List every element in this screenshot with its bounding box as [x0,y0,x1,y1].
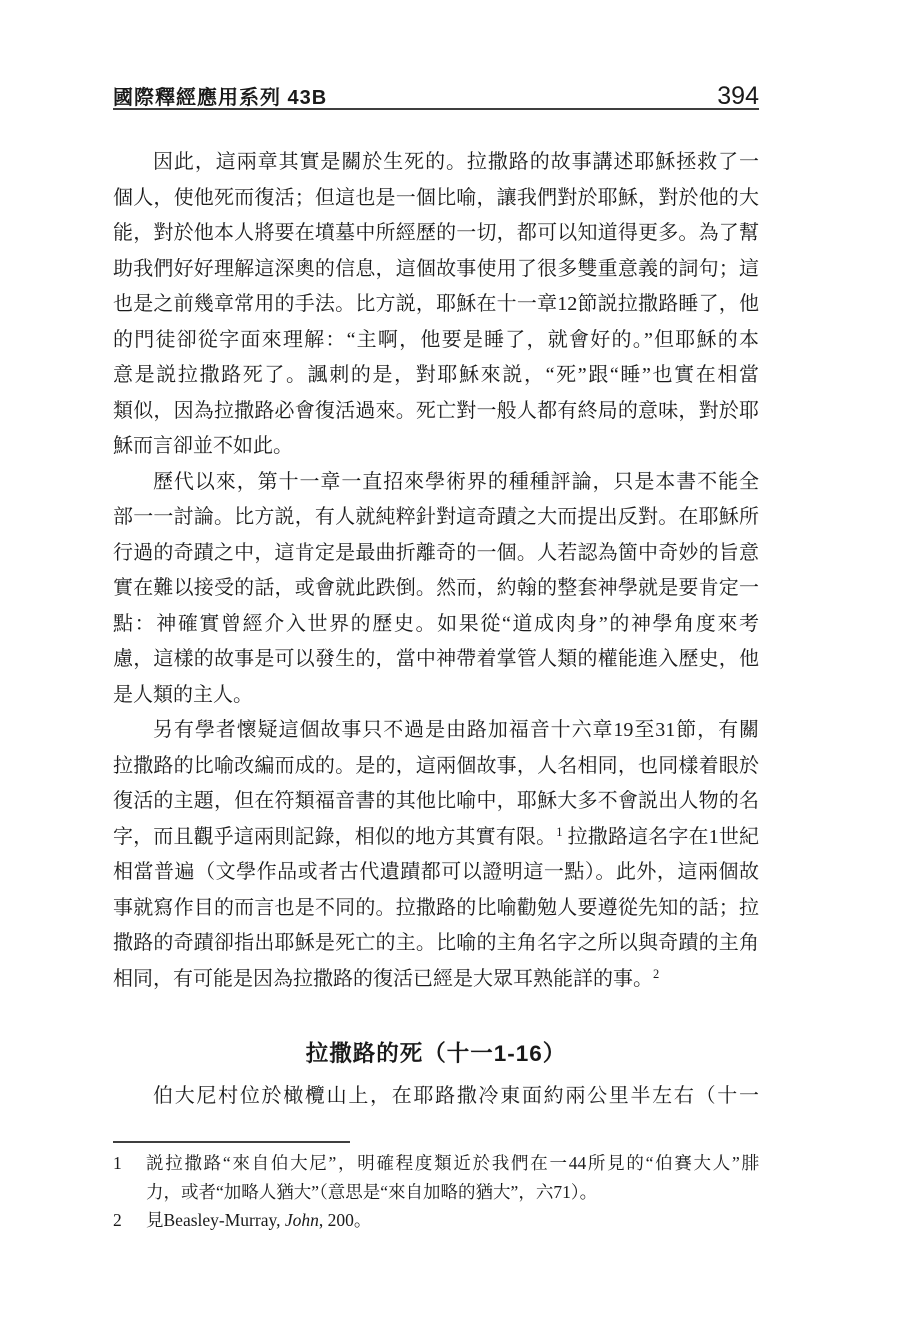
text-line: 因此，這兩章其實是關於生死的。拉撒路的故事講述耶穌拯救了一 [113,145,759,181]
footnote-marker: 1 [113,1149,122,1178]
footnote-marker: 2 [113,1206,122,1235]
footnote-ref: 2 [653,967,659,981]
text-run: 拉撒路這名字在1世紀 [563,826,759,848]
text-run: 行過的奇蹟之中，這肯定是最曲折離奇的一個。人若認為箇中奇妙的旨意 [113,542,759,564]
text-run: 復活的主題，但在符類福音書的其他比喻中，耶穌大多不會説出人物的名 [113,790,759,812]
text-run: 類似，因為拉撒路必會復活過來。死亡對一般人都有終局的意味，對於耶 [113,400,759,422]
footnote-item: 1説拉撒路“來自伯大尼”，明確程度類近於我們在一44所見的“伯賽大人”腓力，或者… [113,1149,759,1206]
text-run: 相當普遍（文學作品或者古代遺蹟都可以證明這一點）。此外，這兩個故 [113,861,759,883]
footnote-rule [113,1141,350,1143]
text-run: 助我們好好理解這深奧的信息，這個故事使用了很多雙重意義的詞句；這 [113,258,759,280]
text-line: 能，對於他本人將要在墳墓中所經歷的一切，都可以知道得更多。為了幫 [113,216,759,252]
text-run: 撒路的奇蹟卻指出耶穌是死亡的主。比喻的主角名字之所以與奇蹟的主角 [113,932,759,954]
text-line: 的門徒卻從字面來理解：“主啊，他要是睡了，就會好的。”但耶穌的本 [113,323,759,359]
text-line: 相當普遍（文學作品或者古代遺蹟都可以證明這一點）。此外，這兩個故 [113,855,759,891]
text-run: 實在難以接受的話，或會就此跌倒。然而，約翰的整套神學就是要肯定一 [113,577,759,599]
paragraphs-before-heading: 因此，這兩章其實是關於生死的。拉撒路的故事講述耶穌拯救了一個人，使他死而復活；但… [113,145,759,997]
text-run: 穌而言卻並不如此。 [113,435,293,457]
text-line: 字，而且觀乎這兩則記錄，相似的地方其實有限。1 拉撒路這名字在1世紀 [113,820,759,856]
series-title: 國際釋經應用系列 43B [113,81,327,110]
text-run: 能，對於他本人將要在墳墓中所經歷的一切，都可以知道得更多。為了幫 [113,222,759,244]
text-line: 歷代以來，第十一章一直招來學術界的種種評論，只是本書不能全 [113,465,759,501]
text-line: 撒路的奇蹟卻指出耶穌是死亡的主。比喻的主角名字之所以與奇蹟的主角 [113,926,759,962]
text-run: , 200。 [319,1210,372,1230]
text-line: 部一一討論。比方説，有人就純粹針對這奇蹟之大而提出反對。在耶穌所 [113,500,759,536]
text-line: 類似，因為拉撒路必會復活過來。死亡對一般人都有終局的意味，對於耶 [113,394,759,430]
paragraph: 伯大尼村位於橄欖山上，在耶路撒冷東面約兩公里半左右（十一 [113,1079,759,1115]
page-number: 394 [717,82,759,111]
text-line: 意是説拉撒路死了。諷刺的是，對耶穌來説，“死”跟“睡”也實在相當 [113,358,759,394]
text-run: 部一一討論。比方説，有人就純粹針對這奇蹟之大而提出反對。在耶穌所 [113,506,759,528]
text-run: John [285,1210,319,1230]
header-rule [113,108,759,110]
text-line: 慮，這樣的故事是可以發生的，當中神帶着掌管人類的權能進入歷史，他 [113,642,759,678]
text-run: 意是説拉撒路死了。諷刺的是，對耶穌來説，“死”跟“睡”也實在相當 [113,364,759,386]
text-run: 因此，這兩章其實是關於生死的。拉撒路的故事講述耶穌拯救了一 [153,151,759,173]
text-run: 慮，這樣的故事是可以發生的，當中神帶着掌管人類的權能進入歷史，他 [113,648,759,670]
text-run: 伯大尼村位於橄欖山上，在耶路撒冷東面約兩公里半左右（十一 [153,1085,759,1107]
page-header: 國際釋經應用系列 43B 394 [113,81,759,111]
text-line: 事就寫作目的而言也是不同的。拉撒路的比喻勸勉人要遵從先知的話；拉 [113,891,759,927]
text-line: 也是之前幾章常用的手法。比方説，耶穌在十一章12節説拉撒路睡了，他 [113,287,759,323]
paragraph: 另有學者懷疑這個故事只不過是由路加福音十六章19至31節，有關拉撒路的比喻改編而… [113,713,759,997]
text-run: 歷代以來，第十一章一直招來學術界的種種評論，只是本書不能全 [153,471,759,493]
text-line: 點：神確實曾經介入世界的歷史。如果從“道成肉身”的神學角度來考 [113,607,759,643]
text-run: 字，而且觀乎這兩則記錄，相似的地方其實有限。 [113,826,556,848]
text-line: 力，或者“加略人猶大”（意思是“來自加略的猶大”，六71）。 [146,1178,759,1207]
text-run: 另有學者懷疑這個故事只不過是由路加福音十六章19至31節，有關 [153,719,759,741]
text-line: 個人，使他死而復活；但這也是一個比喻，讓我們對於耶穌，對於他的大 [113,181,759,217]
text-line: 行過的奇蹟之中，這肯定是最曲折離奇的一個。人若認為箇中奇妙的旨意 [113,536,759,572]
text-run: 拉撒路的比喻改編而成的。是的，這兩個故事，人名相同，也同樣着眼於 [113,755,759,777]
book-page: 國際釋經應用系列 43B 394 因此，這兩章其實是關於生死的。拉撒路的故事講述… [0,0,900,1324]
paragraphs-after-heading: 伯大尼村位於橄欖山上，在耶路撒冷東面約兩公里半左右（十一 [113,1079,759,1115]
footnotes: 1説拉撒路“來自伯大尼”，明確程度類近於我們在一44所見的“伯賽大人”腓力，或者… [113,1141,759,1235]
text-run: 相同，有可能是因為拉撒路的復活已經是大眾耳熟能詳的事。 [113,968,653,990]
text-line: 説拉撒路“來自伯大尼”，明確程度類近於我們在一44所見的“伯賽大人”腓 [146,1149,759,1178]
text-line: 另有學者懷疑這個故事只不過是由路加福音十六章19至31節，有關 [113,713,759,749]
text-run: 個人，使他死而復活；但這也是一個比喻，讓我們對於耶穌，對於他的大 [113,187,759,209]
text-line: 復活的主題，但在符類福音書的其他比喻中，耶穌大多不會説出人物的名 [113,784,759,820]
text-run: 是人類的主人。 [113,684,253,706]
paragraph: 歷代以來，第十一章一直招來學術界的種種評論，只是本書不能全部一一討論。比方説，有… [113,465,759,714]
text-run: 力，或者“加略人猶大”（意思是“來自加略的猶大”，六71）。 [146,1182,597,1202]
text-line: 助我們好好理解這深奧的信息，這個故事使用了很多雙重意義的詞句；這 [113,252,759,288]
text-line: 伯大尼村位於橄欖山上，在耶路撒冷東面約兩公里半左右（十一 [113,1079,759,1115]
text-line: 見Beasley-Murray, John, 200。 [146,1206,759,1235]
paragraph: 因此，這兩章其實是關於生死的。拉撒路的故事講述耶穌拯救了一個人，使他死而復活；但… [113,145,759,465]
body-text: 因此，這兩章其實是關於生死的。拉撒路的故事講述耶穌拯救了一個人，使他死而復活；但… [113,145,759,1115]
text-run: 見Beasley-Murray, [146,1210,285,1230]
text-line: 穌而言卻並不如此。 [113,429,759,465]
text-line: 是人類的主人。 [113,678,759,714]
text-line: 拉撒路的比喻改編而成的。是的，這兩個故事，人名相同，也同樣着眼於 [113,749,759,785]
text-run: 點：神確實曾經介入世界的歷史。如果從“道成肉身”的神學角度來考 [113,613,759,635]
text-run: 也是之前幾章常用的手法。比方説，耶穌在十一章12節説拉撒路睡了，他 [113,293,759,315]
text-line: 實在難以接受的話，或會就此跌倒。然而，約翰的整套神學就是要肯定一 [113,571,759,607]
text-run: 説拉撒路“來自伯大尼”，明確程度類近於我們在一44所見的“伯賽大人”腓 [146,1153,759,1173]
footnote-item: 2見Beasley-Murray, John, 200。 [113,1206,759,1235]
section-heading: 拉撒路的死（十一1-16） [113,1039,759,1069]
text-run: 事就寫作目的而言也是不同的。拉撒路的比喻勸勉人要遵從先知的話；拉 [113,897,759,919]
text-line: 相同，有可能是因為拉撒路的復活已經是大眾耳熟能詳的事。2 [113,962,759,998]
text-run: 的門徒卻從字面來理解：“主啊，他要是睡了，就會好的。”但耶穌的本 [113,329,759,351]
footnote-list: 1説拉撒路“來自伯大尼”，明確程度類近於我們在一44所見的“伯賽大人”腓力，或者… [113,1149,759,1235]
